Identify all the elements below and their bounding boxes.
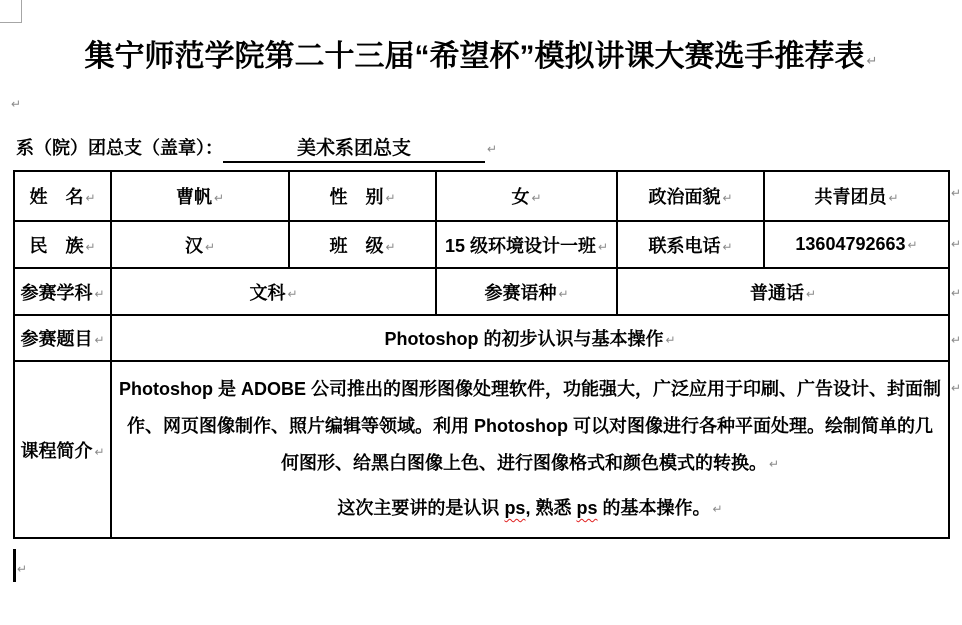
stamp-line-value: 美术系团总支 (223, 133, 485, 163)
row-end-mark: ↵ (951, 381, 961, 395)
cell-subject-label[interactable]: 参赛学科↵ (14, 268, 111, 315)
table-row: 课程简介↵ Photoshop 是 ADOBE 公司推出的图形图像处理软件，功能… (14, 361, 949, 538)
cell-mark: ↵ (85, 191, 95, 205)
table-row: 参赛题目↵ Photoshop 的初步认识与基本操作↵ (14, 315, 949, 361)
paragraph-mark: ↵ (713, 502, 723, 516)
cell-phone-value[interactable]: 13604792663↵ (764, 221, 949, 268)
cell-mark: ↵ (806, 287, 816, 301)
paragraph-mark: ↵ (867, 53, 878, 68)
table-row: 民 族↵ 汉↵ 班 级↵ 15 级环境设计一班↵ 联系电话↵ 136047926… (14, 221, 949, 268)
text-cursor (13, 549, 16, 582)
cell-name-value[interactable]: 曹帆↵ (111, 171, 289, 221)
cell-gender-label[interactable]: 性 别↵ (289, 171, 436, 221)
stamp-line-label: 系（院）团总支（盖章）： (16, 138, 223, 158)
course-intro-line-3: 何图形、给黑白图像上色、进行图像格式和颜色模式的转换。↵ (114, 445, 946, 483)
cell-phone-label[interactable]: 联系电话↵ (617, 221, 764, 268)
spellcheck-flagged-word: ps (576, 498, 597, 518)
cell-political-status-label[interactable]: 政治面貌↵ (617, 171, 764, 221)
cell-mark: ↵ (85, 240, 95, 254)
cell-ethnicity-value[interactable]: 汉↵ (111, 221, 289, 268)
cell-mark: ↵ (888, 191, 898, 205)
cell-language-label[interactable]: 参赛语种↵ (436, 268, 617, 315)
paragraph-mark: ↵ (769, 457, 779, 471)
row-end-mark: ↵ (951, 333, 961, 347)
row-end-mark: ↵ (951, 286, 961, 300)
course-intro-line-4: 这次主要讲的是认识 ps, 熟悉 ps 的基本操作。↵ (114, 490, 946, 528)
cell-mark: ↵ (558, 287, 568, 301)
cell-course-intro-label[interactable]: 课程简介↵ (14, 361, 111, 538)
cell-mark: ↵ (94, 287, 104, 301)
cell-mark: ↵ (205, 240, 215, 254)
cell-class-label[interactable]: 班 级↵ (289, 221, 436, 268)
cell-political-status-value[interactable]: 共青团员↵ (764, 171, 949, 221)
paragraph-mark: ↵ (11, 97, 21, 111)
cell-ethnicity-label[interactable]: 民 族↵ (14, 221, 111, 268)
cell-mark: ↵ (722, 240, 732, 254)
cell-mark: ↵ (214, 191, 224, 205)
stamp-line[interactable]: 系（院）团总支（盖章）：美术系团总支↵ (16, 133, 497, 163)
cell-topic-label[interactable]: 参赛题目↵ (14, 315, 111, 361)
paragraph-mark: ↵ (17, 562, 27, 576)
cell-gender-value[interactable]: 女↵ (436, 171, 617, 221)
cell-mark: ↵ (665, 333, 675, 347)
row-end-mark: ↵ (951, 237, 961, 251)
cell-course-intro-body[interactable]: Photoshop 是 ADOBE 公司推出的图形图像处理软件，功能强大，广泛应… (111, 361, 949, 538)
cell-mark: ↵ (531, 191, 541, 205)
cell-mark: ↵ (287, 287, 297, 301)
cell-mark: ↵ (598, 240, 608, 254)
row-end-mark: ↵ (951, 186, 961, 200)
cell-mark: ↵ (94, 333, 104, 347)
page-title[interactable]: 集宁师范学院第二十三届“希望杯”模拟讲课大赛选手推荐表↵ (0, 31, 962, 75)
cell-topic-value[interactable]: Photoshop 的初步认识与基本操作↵ (111, 315, 949, 361)
cell-language-value[interactable]: 普通话↵ (617, 268, 949, 315)
cell-mark: ↵ (94, 445, 104, 459)
spellcheck-flagged-word: ps (504, 498, 525, 518)
cell-mark: ↵ (385, 191, 395, 205)
cell-mark: ↵ (722, 191, 732, 205)
cell-class-value[interactable]: 15 级环境设计一班↵ (436, 221, 617, 268)
table-row: 姓 名↵ 曹帆↵ 性 别↵ 女↵ 政治面貌↵ 共青团员↵ (14, 171, 949, 221)
paragraph-mark: ↵ (487, 142, 497, 156)
cell-name-label[interactable]: 姓 名↵ (14, 171, 111, 221)
course-intro-line-1: Photoshop 是 ADOBE 公司推出的图形图像处理软件，功能强大，广泛应… (114, 371, 946, 408)
table-row: 参赛学科↵ 文科↵ 参赛语种↵ 普通话↵ (14, 268, 949, 315)
page-title-text: 集宁师范学院第二十三届“希望杯”模拟讲课大赛选手推荐表 (85, 40, 865, 73)
recommendation-form-table: 姓 名↵ 曹帆↵ 性 别↵ 女↵ 政治面貌↵ 共青团员↵ 民 族↵ 汉↵ 班 级… (13, 170, 950, 539)
cell-mark: ↵ (908, 238, 918, 252)
cell-subject-value[interactable]: 文科↵ (111, 268, 436, 315)
word-document-page: ↵ 集宁师范学院第二十三届“希望杯”模拟讲课大赛选手推荐表↵ 系（院）团总支（盖… (0, 0, 962, 625)
course-intro-line-2: 作、网页图像制作、照片编辑等领域。利用 Photoshop 可以对图像进行各种平… (114, 408, 946, 445)
cell-mark: ↵ (385, 240, 395, 254)
page-margin-corner-mark (0, 0, 22, 23)
